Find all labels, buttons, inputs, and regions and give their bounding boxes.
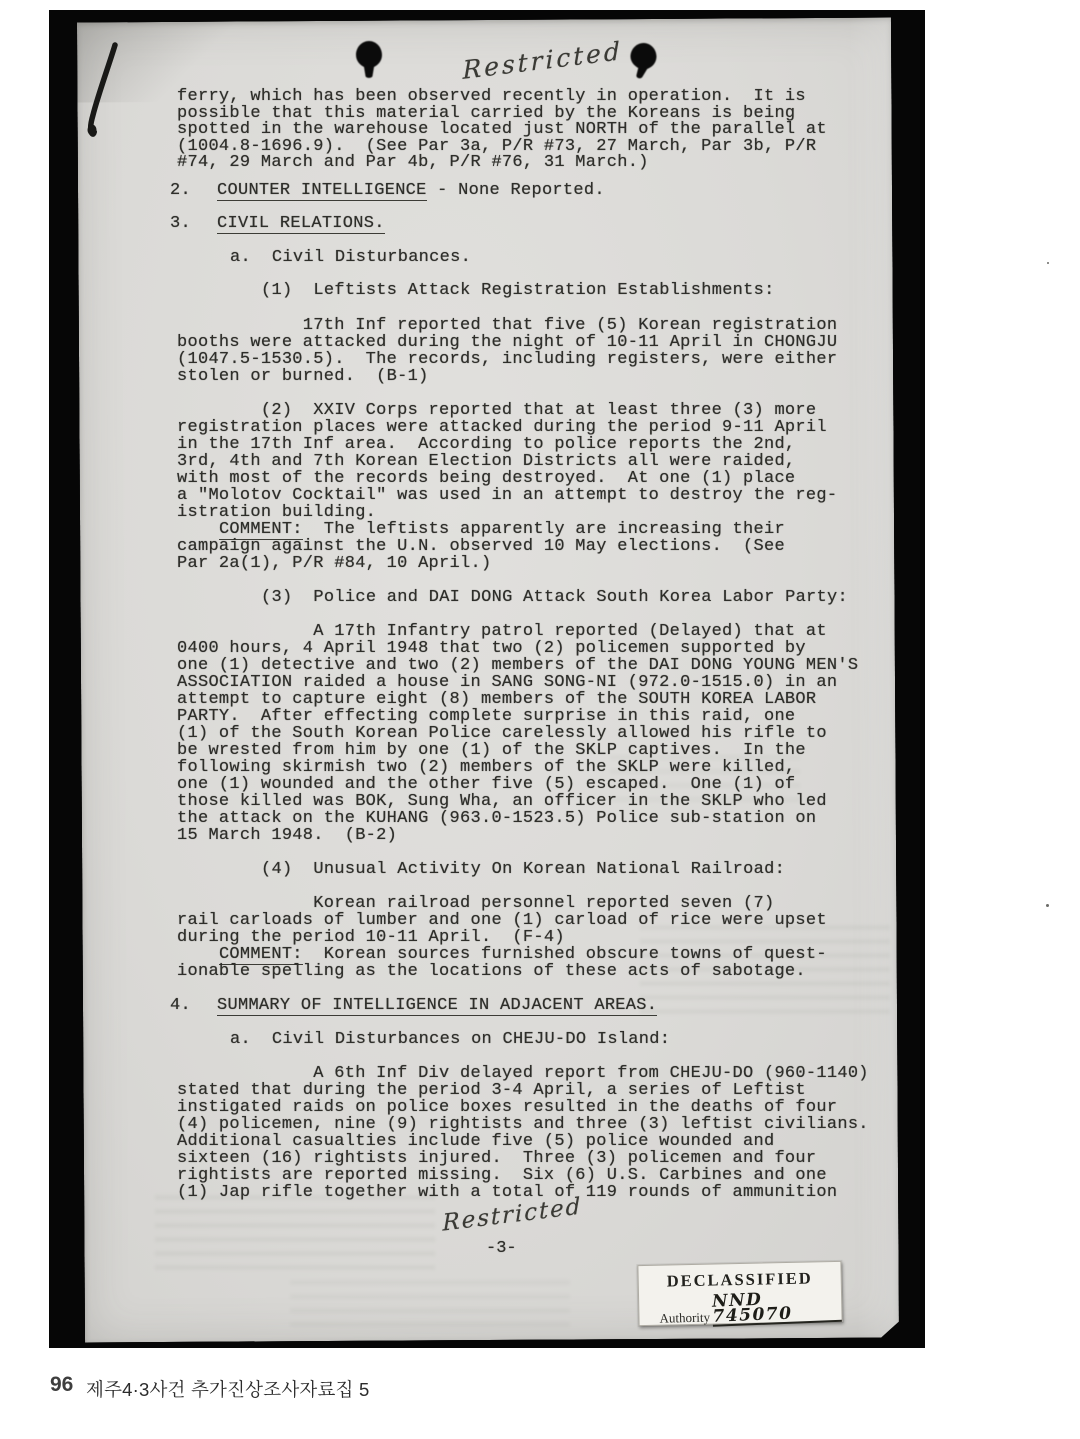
text-line: 15 March 1948. (B-2) (177, 827, 397, 844)
text-line: (1047.5-1530.5). The records, including … (177, 351, 837, 368)
text-line: 17th Inf reported that five (5) Korean r… (177, 317, 837, 334)
text-line: stolen or burned. (B-1) (177, 368, 429, 385)
text-line: the attack on the KUHANG (963.0-1523.5) … (177, 810, 816, 827)
pen-stroke-mark (80, 40, 124, 144)
text-line: (1) Jap rifle together with a total of 1… (177, 1184, 837, 1201)
text-line: with most of the records being destroyed… (177, 470, 795, 487)
text-line: ionable spelling as the locations of the… (177, 963, 806, 980)
text-line: instigated raids on police boxes resulte… (177, 1099, 837, 1116)
text-line: COMMENT: The leftists apparently are inc… (177, 521, 785, 538)
stamp-title: DECLASSIFIED (639, 1268, 841, 1292)
text-line: PARTY. After effecting complete surprise… (177, 708, 795, 725)
text-line: Additional casualties include five (5) p… (177, 1133, 774, 1150)
text-line: (1) Leftists Attack Registration Establi… (261, 282, 775, 299)
text-line: those killed was BOK, Sung Wha, an offic… (177, 793, 827, 810)
text-line: Korean railroad personnel reported seven… (177, 895, 774, 912)
text-line: Par 2a(1), P/R #84, 10 April.) (177, 555, 491, 572)
page-number: -3- (486, 1239, 517, 1258)
ink-blot-right-icon (628, 42, 658, 80)
scanned-document-page: ferry, which has been observed recently … (0, 0, 1080, 1439)
text-line: (4) Unusual Activity On Korean National … (261, 861, 785, 878)
text-line: during the period 10-11 April. (F-4) (177, 929, 565, 946)
bleed-through-patch (155, 1195, 435, 1270)
text-line: 0400 hours, 4 April 1948 that two (2) po… (177, 640, 806, 657)
text-line: (1004.8-1696.9). (See Par 3a, P/R #73, 2… (177, 138, 816, 155)
paper-speck (1047, 262, 1049, 264)
text-line: (1) of the South Korean Police carelessl… (177, 725, 827, 742)
text-line: a "Molotov Cocktail" was used in an atte… (177, 487, 837, 504)
text-line: 3rd, 4th and 7th Korean Election Distric… (177, 453, 795, 470)
text-line: in the 17th Inf area. According to polic… (177, 436, 795, 453)
stamp-authority-label: Authority (659, 1310, 710, 1327)
text-line: one (1) wounded and the other five (5) e… (177, 776, 795, 793)
text-line: (4) policemen, nine (9) rightists and th… (177, 1116, 869, 1133)
text-line: one (1) detective and two (2) members of… (177, 657, 858, 674)
text-line: a. Civil Disturbances on CHEJU-DO Island… (230, 1031, 670, 1048)
text-line: stated that during the period 3-4 April,… (177, 1082, 806, 1099)
text-line: (3) Police and DAI DONG Attack South Kor… (261, 589, 848, 606)
text-line: spotted in the warehouse located just NO… (177, 121, 827, 138)
text-line: A 17th Infantry patrol reported (Delayed… (177, 623, 827, 640)
text-line: be wrested from him by one (1) of the SK… (177, 742, 806, 759)
text-line: attempt to capture eight (8) members of … (177, 691, 816, 708)
footer-book-title: 제주4·3사건 추가진상조사자료집 5 (86, 1376, 369, 1402)
text-line: following skirmish two (2) members of th… (177, 759, 795, 776)
paper-speck (1046, 904, 1049, 907)
text-line: ferry, which has been observed recently … (177, 88, 806, 105)
text-line: istration building. (177, 504, 376, 521)
text-line: 3.CIVIL RELATIONS. (170, 215, 385, 232)
text-line: rail carloads of lumber and one (1) carl… (177, 912, 827, 929)
text-line: rightists are reported missing. Six (6) … (177, 1167, 827, 1184)
text-line: COMMENT: Korean sources furnished obscur… (177, 946, 827, 963)
text-line: (2) XXIV Corps reported that at least th… (177, 402, 816, 419)
text-line: registration places were attacked during… (177, 419, 827, 436)
footer-page-number: 96 (50, 1373, 73, 1397)
text-line: ASSOCIATION raided a house in SANG SONG-… (177, 674, 837, 691)
text-line: campaign against the U.N. observed 10 Ma… (177, 538, 785, 555)
bleed-through-patch (290, 1280, 570, 1335)
ink-blot-left-icon (355, 40, 383, 80)
declassified-stamp: DECLASSIFIED Authority NND 745070 (637, 1261, 842, 1326)
text-line: possible that this material carried by t… (177, 105, 795, 122)
text-line: sixteen (16) rightists injured. Three (3… (177, 1150, 816, 1167)
text-line: A 6th Inf Div delayed report from CHEJU-… (177, 1065, 869, 1082)
stamp-authority-value: NND 745070 (711, 1290, 842, 1327)
text-line: booths were attacked during the night of… (177, 334, 837, 351)
text-line: a. Civil Disturbances. (230, 249, 471, 266)
text-line: 4.SUMMARY OF INTELLIGENCE IN ADJACENT AR… (170, 997, 657, 1014)
text-line: 2.COUNTER INTELLIGENCE - None Reported. (170, 182, 605, 199)
text-line: #74, 29 March and Par 4b, P/R #76, 31 Ma… (177, 154, 649, 171)
